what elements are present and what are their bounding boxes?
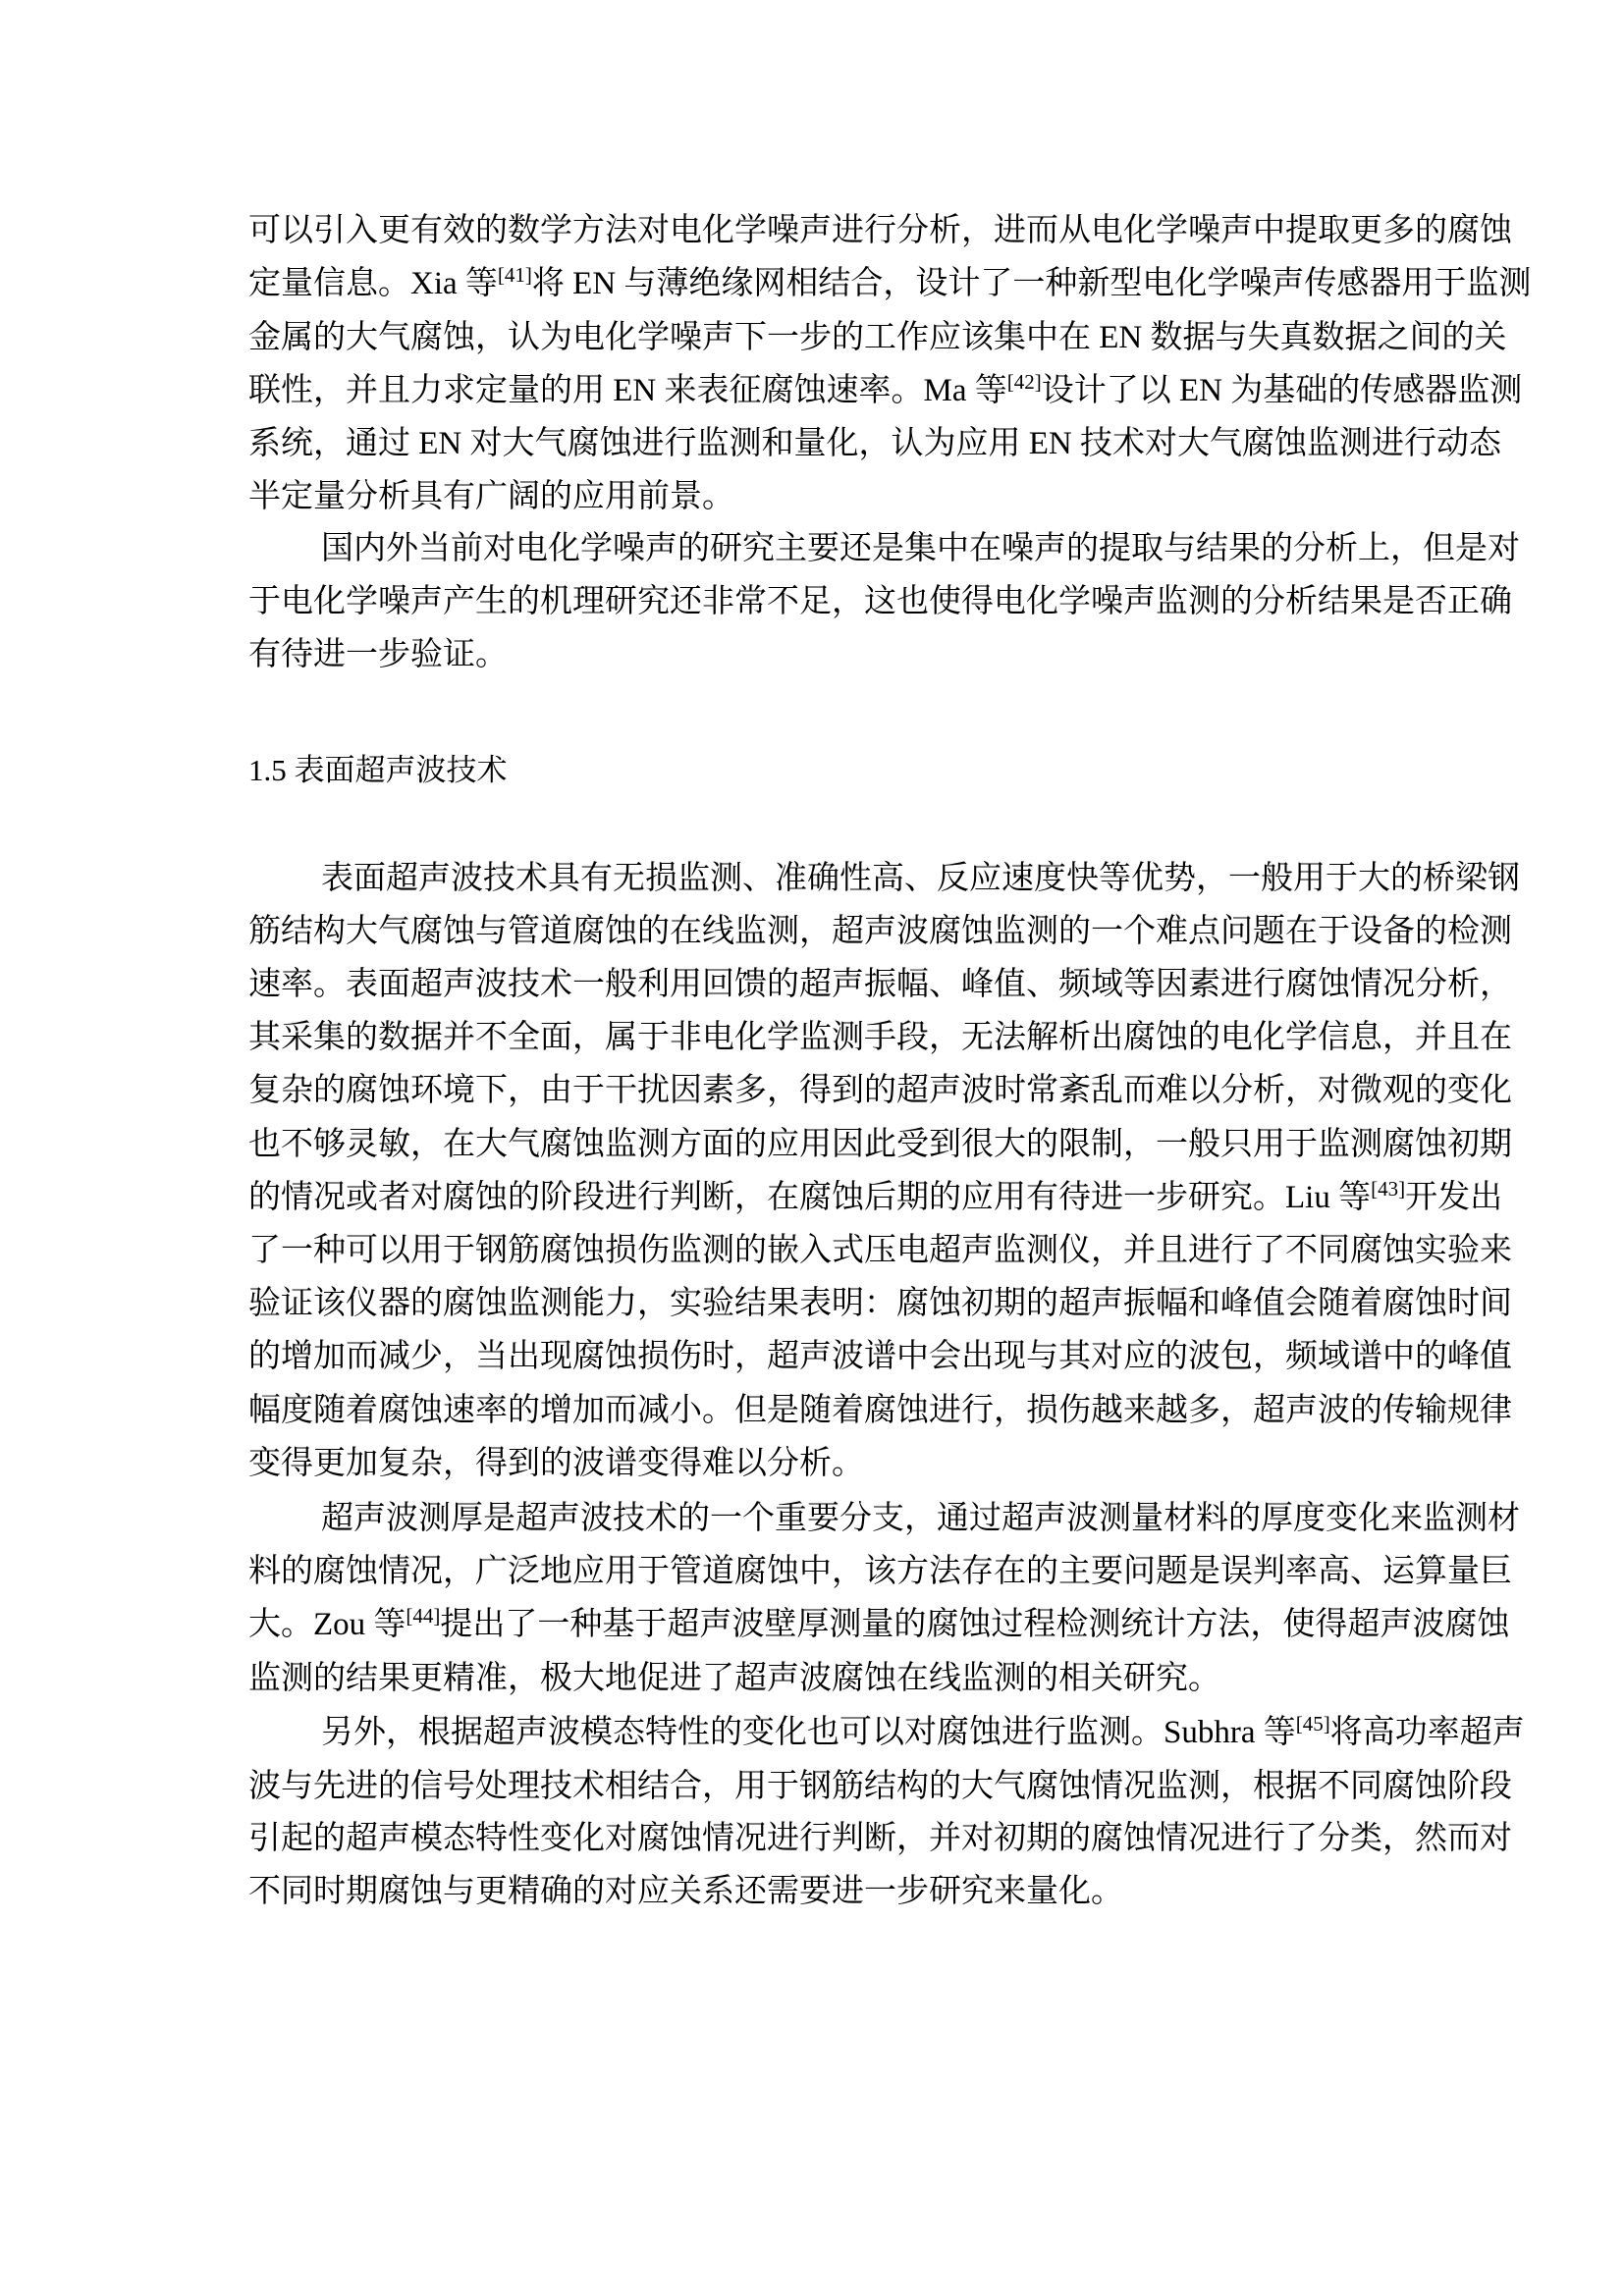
text-line: 表面超声波技术具有无损监测、准确性高、反应速度快等优势，一般用于大的桥梁钢 — [321, 859, 1380, 898]
text-line: 定量信息。Xia 等[41]将 EN 与薄绝缘网相结合，设计了一种新型电化学噪声… — [248, 264, 1380, 303]
text-line: 幅度随着腐蚀速率的增加而减小。但是随着腐蚀进行，损伤越来越多，超声波的传输规律 — [248, 1391, 1380, 1430]
text-segment: 大。Zou 等 — [248, 1607, 406, 1642]
text-line: 有待进一步验证。 — [248, 635, 1380, 674]
text-segment: 设计了以 EN 为基础的传感器监测 — [1042, 373, 1523, 408]
text-line: 超声波测厚是超声波技术的一个重要分支，通过超声波测量材料的厚度变化来监测材 — [321, 1499, 1380, 1538]
text-segment: 定量信息。Xia 等 — [248, 266, 498, 301]
text-segment: 开发出 — [1405, 1180, 1502, 1215]
text-line: 另外，根据超声波模态特性的变化也可以对腐蚀进行监测。Subhra 等[45]将高… — [321, 1713, 1380, 1752]
text-line: 系统，通过 EN 对大气腐蚀进行监测和量化，认为应用 EN 技术对大气腐蚀监测进… — [248, 424, 1380, 463]
citation-ref: [45] — [1296, 1712, 1330, 1735]
text-line: 大。Zou 等[44]提出了一种基于超声波壁厚测量的腐蚀过程检测统计方法，使得超… — [248, 1605, 1380, 1644]
citation-ref: [41] — [498, 263, 532, 287]
text-line: 速率。表面超声波技术一般利用回馈的超声振幅、峰值、频域等因素进行腐蚀情况分析， — [248, 965, 1380, 1004]
text-line: 于电化学噪声产生的机理研究还非常不足，这也使得电化学噪声监测的分析结果是否正确 — [248, 582, 1380, 621]
text-line: 其采集的数据并不全面，属于非电化学监测手段，无法解析出腐蚀的电化学信息，并且在 — [248, 1018, 1380, 1057]
text-line: 的情况或者对腐蚀的阶段进行判断，在腐蚀后期的应用有待进一步研究。Liu 等[43… — [248, 1178, 1380, 1217]
text-line: 的增加而减少，当出现腐蚀损伤时，超声波谱中会出现与其对应的波包，频域谱中的峰值 — [248, 1337, 1380, 1376]
text-line: 监测的结果更精准，极大地促进了超声波腐蚀在线监测的相关研究。 — [248, 1659, 1380, 1698]
section-heading: 1.5 表面超声波技术 — [248, 751, 508, 790]
text-line: 变得更加复杂，得到的波谱变得难以分析。 — [248, 1444, 1380, 1483]
citation-ref: [42] — [1007, 370, 1042, 394]
text-line: 筋结构大气腐蚀与管道腐蚀的在线监测，超声波腐蚀监测的一个难点问题在于设备的检测 — [248, 912, 1380, 951]
text-segment: 将高功率超声 — [1330, 1715, 1525, 1750]
text-line: 引起的超声模态特性变化对腐蚀情况进行判断，并对初期的腐蚀情况进行了分类，然而对 — [248, 1819, 1380, 1858]
text-line: 可以引入更有效的数学方法对电化学噪声进行分析，进而从电化学噪声中提取更多的腐蚀 — [248, 211, 1380, 250]
text-line: 复杂的腐蚀环境下，由于干扰因素多，得到的超声波时常紊乱而难以分析，对微观的变化 — [248, 1071, 1380, 1110]
document-page: 可以引入更有效的数学方法对电化学噪声进行分析，进而从电化学噪声中提取更多的腐蚀 … — [0, 0, 1624, 2296]
text-line: 联性，并且力求定量的用 EN 来表征腐蚀速率。Ma 等[42]设计了以 EN 为… — [248, 371, 1380, 410]
citation-ref: [44] — [406, 1604, 440, 1628]
text-segment: 另外，根据超声波模态特性的变化也可以对腐蚀进行监测。Subhra 等 — [321, 1715, 1296, 1750]
text-segment: 的情况或者对腐蚀的阶段进行判断，在腐蚀后期的应用有待进一步研究。Liu 等 — [248, 1180, 1371, 1215]
text-line: 也不够灵敏，在大气腐蚀监测方面的应用因此受到很大的限制，一般只用于监测腐蚀初期 — [248, 1125, 1380, 1164]
text-line: 波与先进的信号处理技术相结合，用于钢筋结构的大气腐蚀情况监测，根据不同腐蚀阶段 — [248, 1767, 1380, 1806]
text-segment: 将 EN 与薄绝缘网相结合，设计了一种新型电化学噪声传感器用于监测 — [532, 266, 1532, 301]
text-line: 了一种可以用于钢筋腐蚀损伤监测的嵌入式压电超声监测仪，并且进行了不同腐蚀实验来 — [248, 1231, 1380, 1270]
text-line: 不同时期腐蚀与更精确的对应关系还需要进一步研究来量化。 — [248, 1872, 1380, 1911]
citation-ref: [43] — [1371, 1177, 1405, 1201]
text-line: 料的腐蚀情况，广泛地应用于管道腐蚀中，该方法存在的主要问题是误判率高、运算量巨 — [248, 1552, 1380, 1591]
text-line: 国内外当前对电化学噪声的研究主要还是集中在噪声的提取与结果的分析上，但是对 — [321, 529, 1380, 568]
text-segment: 联性，并且力求定量的用 EN 来表征腐蚀速率。Ma 等 — [248, 373, 1007, 408]
text-line: 验证该仪器的腐蚀监测能力，实验结果表明：腐蚀初期的超声振幅和峰值会随着腐蚀时间 — [248, 1284, 1380, 1323]
text-line: 金属的大气腐蚀，认为电化学噪声下一步的工作应该集中在 EN 数据与失真数据之间的… — [248, 318, 1380, 357]
text-line: 半定量分析具有广阔的应用前景。 — [248, 477, 1380, 516]
text-segment: 提出了一种基于超声波壁厚测量的腐蚀过程检测统计方法，使得超声波腐蚀 — [440, 1607, 1509, 1642]
